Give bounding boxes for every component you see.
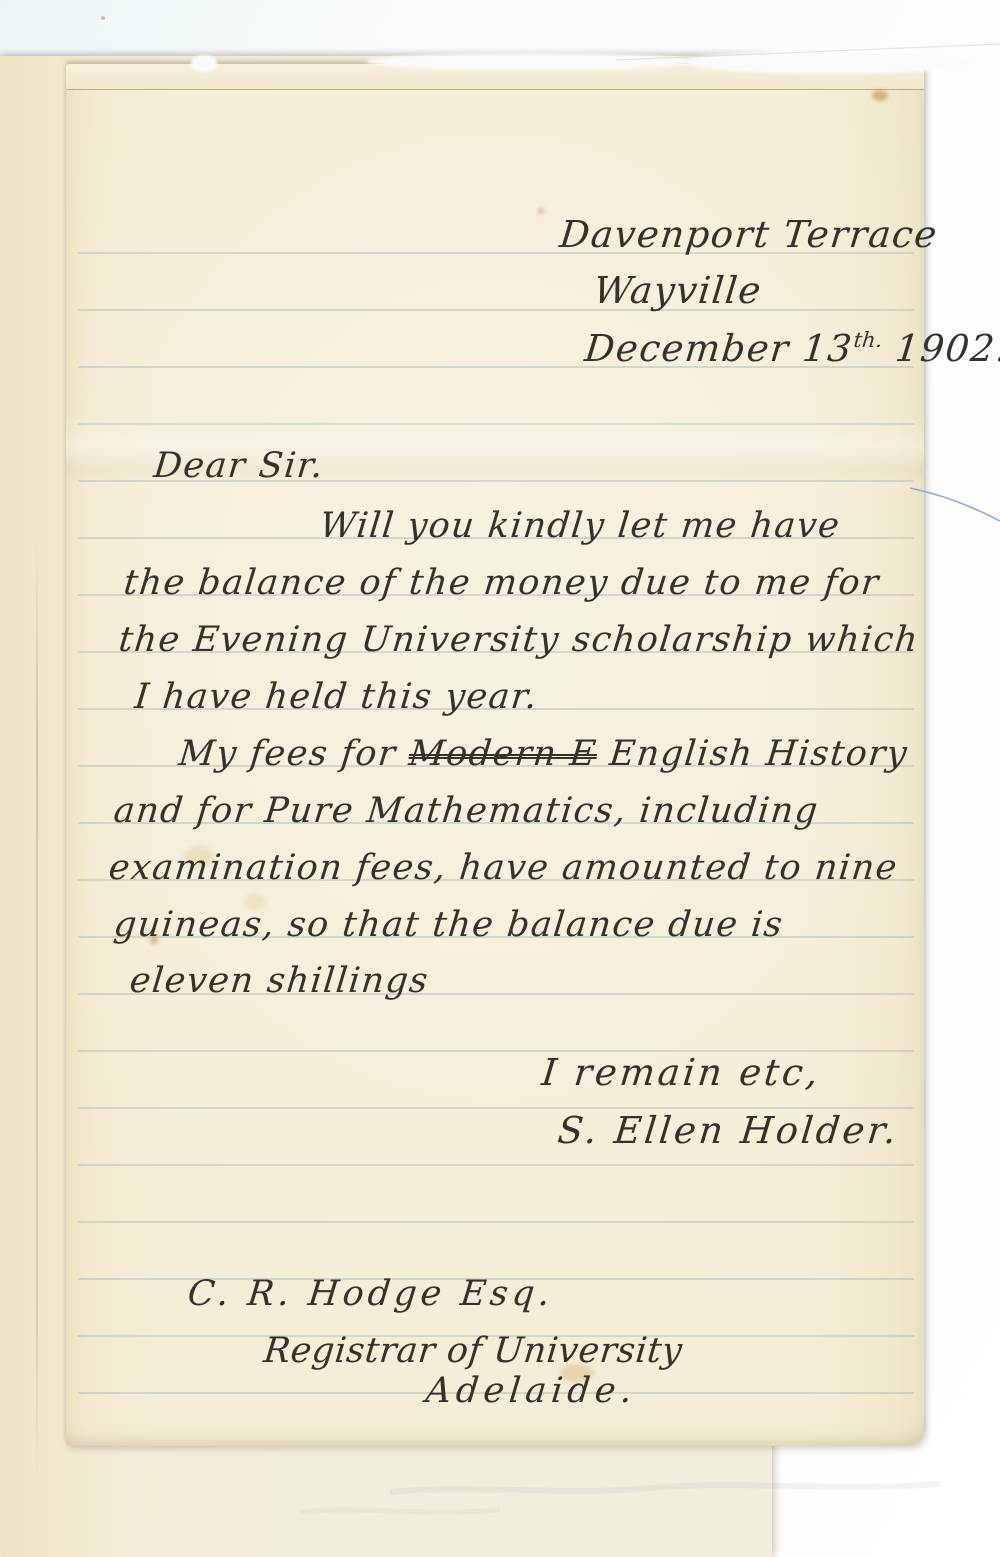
sender-address-line-2: Wayville [592,272,764,309]
recipient-name: C. R. Hodge Esq. [186,1277,555,1312]
body-text: My fees for [177,734,411,774]
body-text: English History [595,734,910,774]
stain [538,208,544,214]
body-line: examination fees, have amounted to nine [107,851,900,886]
body-line: and for Pure Mathematics, including [112,794,820,829]
date-ordinal: th. [852,328,883,352]
sender-address-line-1: Davenport Terrace [558,216,940,253]
body-line: eleven shillings [128,964,431,999]
signature: S. Ellen Holder. [556,1112,901,1149]
recipient-title: Registrar of University [262,1334,684,1369]
date-month-day: December 13 [583,327,855,370]
body-line-with-strikethrough: My fees for Modern E English History [177,737,910,772]
recipient-city: Adelaide. [424,1374,639,1409]
date-year: 1902. [893,327,1000,370]
paper-edge-dip [686,50,976,74]
stain [872,90,888,101]
letter-sheet: Davenport Terrace Wayville December 13th… [66,64,924,1446]
body-line: the Evening University scholarship which [117,623,921,658]
paper-edge-dip [191,55,217,72]
letter-date: December 13th.1902. [583,330,1000,367]
scanned-letter-page: Davenport Terrace Wayville December 13th… [0,0,1000,1557]
ruled-line [78,309,914,311]
paper-edge-dip [366,53,696,70]
body-line: the balance of the money due to me for [122,566,881,601]
salutation: Dear Sir. [152,449,326,484]
dust-speck [101,16,105,20]
ruled-line [78,1164,914,1166]
body-line: I have held this year. [133,680,540,715]
body-line: Will you kindly let me have [318,509,842,544]
closing-line: I remain etc, [540,1054,823,1091]
body-line: guineas, so that the balance due is [112,908,785,943]
strikethrough-text: Modern E [407,734,599,774]
under-sheet-crease [36,536,38,1486]
ruled-line [78,1221,914,1223]
